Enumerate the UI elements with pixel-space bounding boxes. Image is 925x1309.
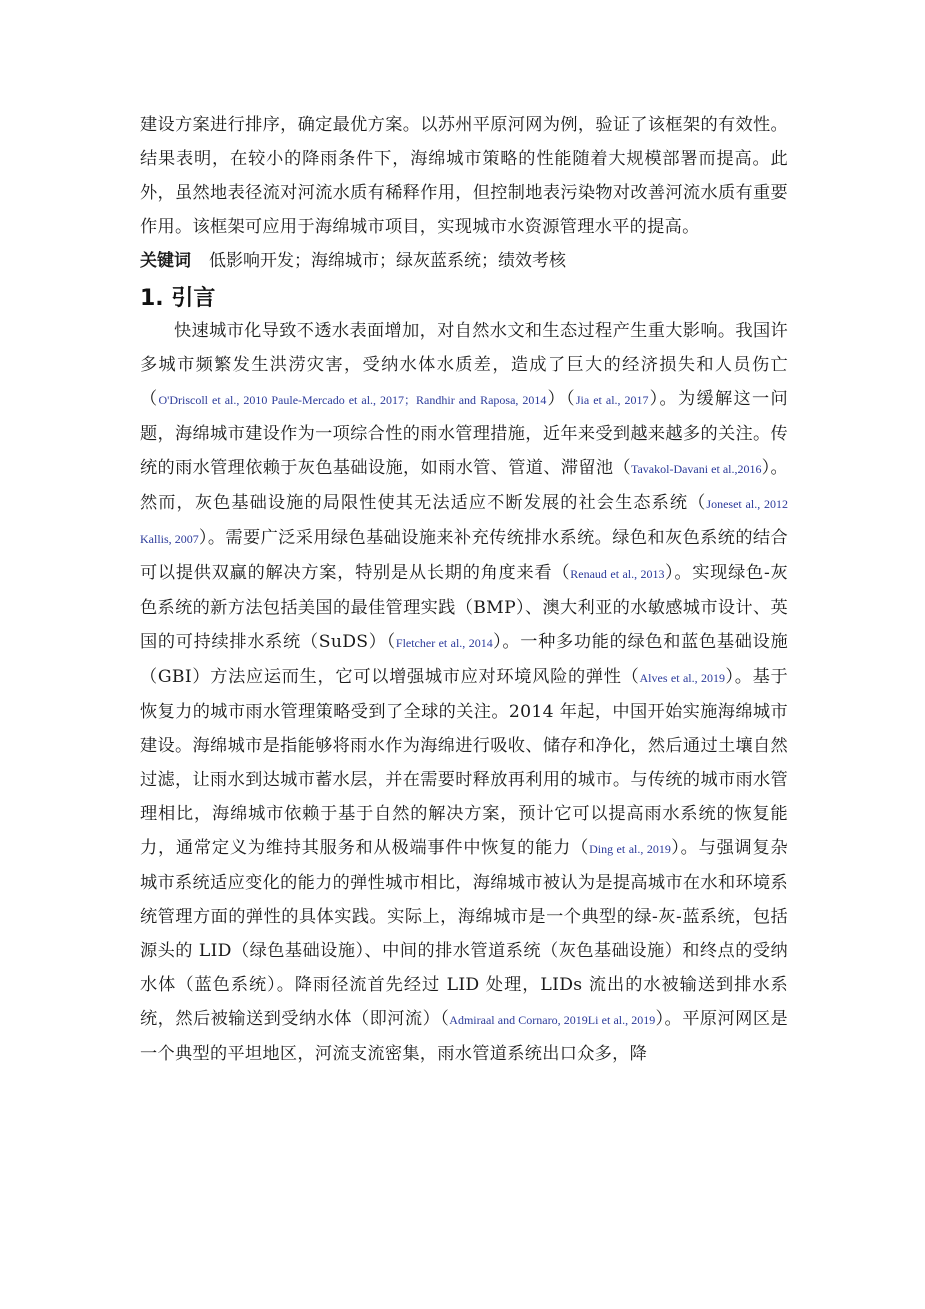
body-text: ）。与强调复杂城市系统适应变化的能力的弹性城市相比，海绵城市被认为是提高城市在水…: [140, 838, 788, 1029]
keywords-text: 低影响开发；海绵城市；绿灰蓝系统；绩效考核: [209, 251, 566, 271]
keywords-label: 关键词: [140, 251, 191, 271]
body-text: ）。基于恢复力的城市雨水管理策略受到了全球的关注。2014 年起，中国开始实施海…: [140, 667, 788, 858]
citation-link[interactable]: Admiraal and Cornaro, 2019Li et al., 201…: [449, 1013, 655, 1027]
citation-link[interactable]: Fletcher et al., 2014: [396, 636, 493, 650]
citation-link[interactable]: Ding et al., 2019: [589, 842, 671, 856]
keywords-line: 关键词低影响开发；海绵城市；绿灰蓝系统；绩效考核: [140, 244, 788, 278]
abstract-paragraph: 建设方案进行排序，确定最优方案。以苏州平原河网为例，验证了该框架的有效性。结果表…: [140, 108, 788, 244]
citation-link[interactable]: Renaud et al., 2013: [570, 567, 664, 581]
citation-link[interactable]: Alves et al., 2019: [640, 671, 726, 685]
citation-link[interactable]: O'Driscoll et al., 2010 Paule-Mercado et…: [159, 393, 547, 407]
citation-link[interactable]: Tavakol-Davani et al.,2016: [631, 462, 762, 476]
intro-paragraph: 快速城市化导致不透水表面增加，对自然水文和生态过程产生重大影响。我国许多城市频繁…: [140, 314, 788, 1071]
body-text: ）（: [546, 389, 575, 409]
citation-link[interactable]: Jia et al., 2017: [576, 393, 649, 407]
document-page: 建设方案进行排序，确定最优方案。以苏州平原河网为例，验证了该框架的有效性。结果表…: [140, 108, 788, 1071]
section-heading: 1. 引言: [140, 284, 788, 314]
